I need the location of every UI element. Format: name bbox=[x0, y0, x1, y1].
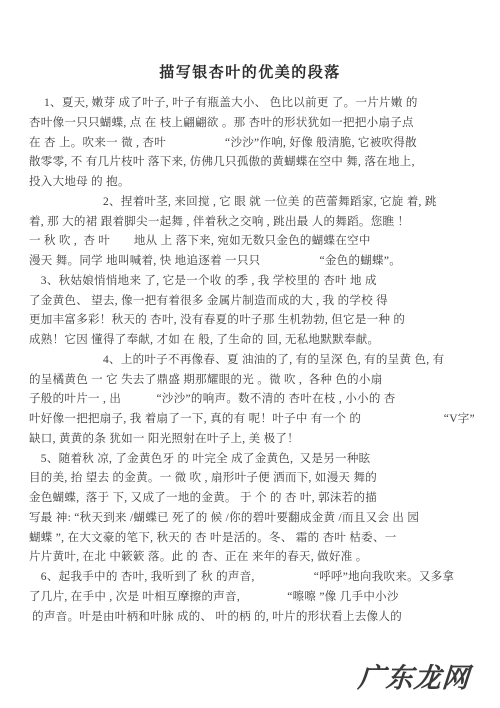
text-line: 了金黄色、 望去, 像一把有着很多 金属片制造而成的大 , 我 的学校 得 bbox=[29, 292, 474, 312]
text-line: 叶好像一把把扇子, 我 着扇了一下, 真的有 呢！叶子中 有一个 的 “V字”型 bbox=[29, 410, 474, 430]
text-line: 了几片, 在手中 , 次是 叶相互摩擦的声音, “嚓嚓 ”像 几手中小沙 bbox=[29, 588, 474, 608]
text-line: 散零零, 不 有几片枝叶 落下来, 仿佛几只孤傲的黄蝴蝶在空中 舞, 落在地上, bbox=[29, 153, 474, 173]
text-line: 的呈橘黄色 一 它 失去了鼎盛 期那耀眼的光 。微 吹 , 各种 色的小扇 bbox=[29, 371, 474, 391]
text-line: 4、上的叶子不再像春、夏 油油的了, 有的呈深 色, 有的呈黄 色, 有 bbox=[29, 351, 474, 371]
text-line: 目的美, 抬 望去 的金黄。一 微 吹 , 扇形叶子便 洒而下, 如漫天 舞的 bbox=[29, 469, 474, 489]
text-line: 2、捏着叶茎, 来回搅 , 它 眼 就 一位美 的芭蕾舞蹈家, 它旋 着, 跳 bbox=[29, 193, 474, 213]
text-line: 投入大地母 的 抱。 bbox=[29, 173, 474, 193]
text-line: 成熟！它因 懂得了奉献, 才如 在 般, 了生命的 回, 无私地默默奉献。 bbox=[29, 331, 474, 351]
page-title: 描写银杏叶的优美的段落 bbox=[0, 61, 500, 82]
text-line: 一 秋 吹 , 杏 叶 地从 上 落下来, 宛如无数只金色的蝴蝶在空中 bbox=[29, 232, 474, 252]
text-line: 3、秋姑娘悄悄地来 了, 它是一个收 的季 , 我 学校里的 杏叶 地 成 bbox=[29, 272, 474, 292]
text-line: 漫天 舞。同学 地叫喊着, 快 地追逐着 一只只 “金色的蝴蝶”。 bbox=[29, 252, 474, 272]
text-line: 5、随着秋 凉, 了金黄色牙 的 叶完全 成了金黄色, 又是另一种眩 bbox=[29, 450, 474, 470]
text-line: 写最 神: “秋天到来 /蝴蝶已 死了的 候 /你的碧叶要翻成金黄 /而且又会 … bbox=[29, 509, 474, 529]
text-line: 的声音。叶是由叶柄和叶脉 成的、 叶的柄 的, 叶片的形状看上去像人的 bbox=[29, 608, 474, 628]
text-line: 1、夏天, 嫩芽 成了叶子, 叶子有瓶盖大小、 色比以前更 了。一片片嫩 的 bbox=[29, 94, 474, 114]
watermark: 广东龙网 bbox=[357, 656, 472, 695]
text-line: 金色蝴蝶, 落于 下, 又成了一地的金黄。 于 个 的 杏 叶, 郭沫若的描 bbox=[29, 489, 474, 509]
text-line: 杏叶像一只只蝴蝶, 点 在 枝上翩翩欲 。那 杏叶的形状犹如一把把小扇子点 bbox=[29, 114, 474, 134]
text-line: 缺口, 黄黄的条 犹如一 阳光照射在叶子上, 美 极了！ bbox=[29, 430, 474, 450]
document-page: 描写银杏叶的优美的段落 1、夏天, 嫩芽 成了叶子, 叶子有瓶盖大小、 色比以前… bbox=[0, 0, 500, 708]
text-line: 6、起我手中的 杏叶, 我听到了 秋 的声音, “呼呼”地向我吹来。又多拿 bbox=[29, 568, 474, 588]
document-body: 1、夏天, 嫩芽 成了叶子, 叶子有瓶盖大小、 色比以前更 了。一片片嫩 的杏叶… bbox=[29, 94, 474, 627]
text-line: 蝴蝶 ”, 在大文豪的笔下, 秋天的 杏 叶是活的。冬、 霜的 杏叶 枯委、一 bbox=[29, 529, 474, 549]
text-line: 片片黄叶, 在北 中簌簌 落。此 的 杏、正在 来年的春天, 做好准 。 bbox=[29, 548, 474, 568]
text-line: 在 杏 上。吹来一 微 , 杏叶 “沙沙”作响, 好像 般清脆, 它被吹得散 bbox=[29, 134, 474, 154]
text-line: 更加丰富多彩！秋天的 杏叶, 没有春夏的叶子那 生机勃勃, 但它是一种 的 bbox=[29, 311, 474, 331]
text-line: 子般的叶片一 , 出 “沙沙”的响声。数不清的 杏叶在枝 , 小小的 杏 bbox=[29, 390, 474, 410]
text-line: 着, 那 大的裙 跟着脚尖一起舞 , 伴着秋之交响 , 跳出最 人的舞蹈。您瞧 … bbox=[29, 213, 474, 233]
